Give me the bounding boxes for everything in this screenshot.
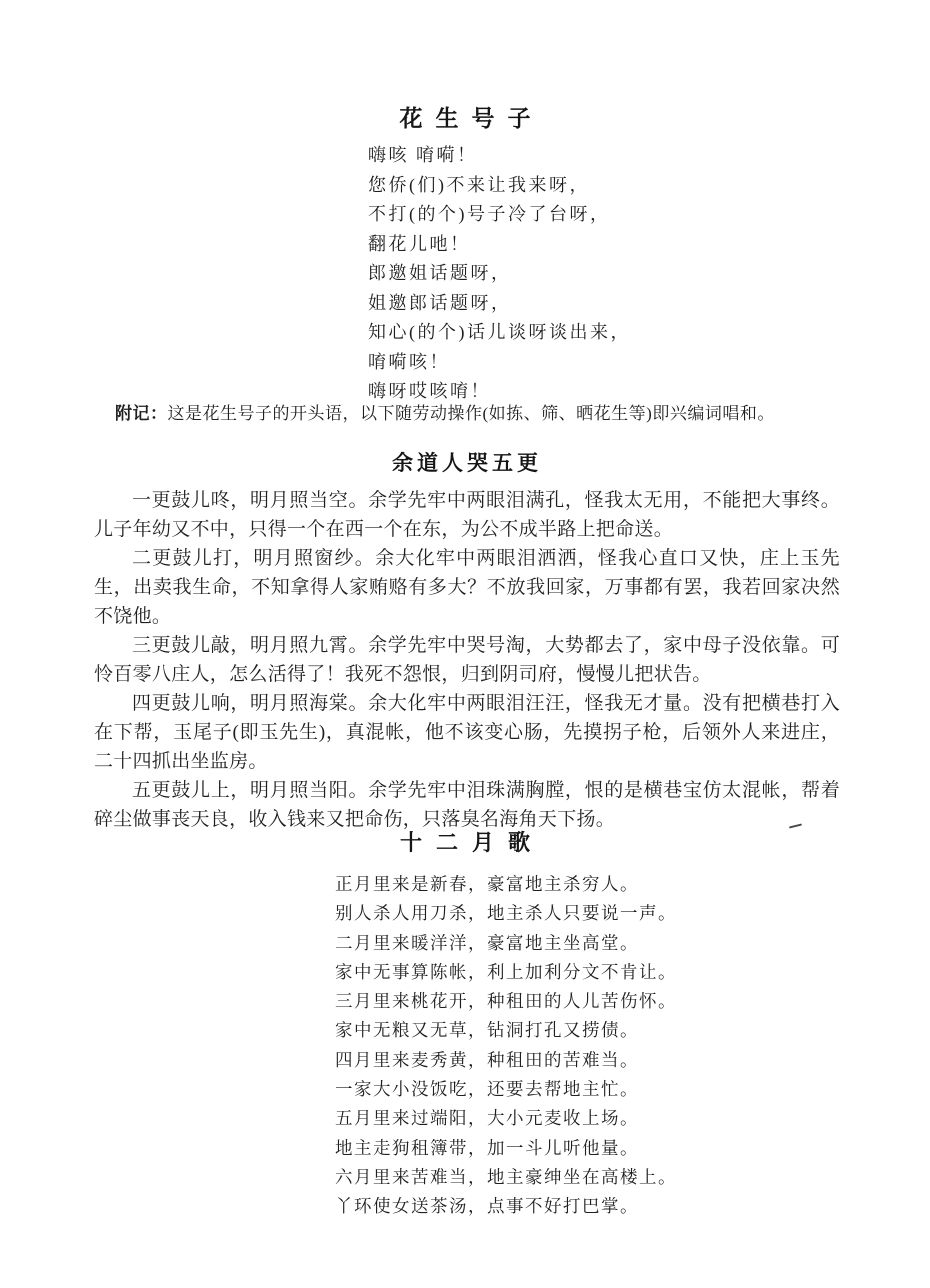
poem-twelve-months: 正月里来是新春，豪富地主杀穷人。 别人杀人用刀杀，地主杀人只要说一声。 二月里来… xyxy=(335,870,677,1222)
prose-paragraph-first-watch: 一更鼓儿咚，明月照当空。余学先牢中两眼泪满孔，怪我太无用，不能把大事终。儿子年幼… xyxy=(94,486,840,544)
poem-line: 翻花儿吔！ xyxy=(368,230,631,260)
poem-line: 地主走狗租簿带，加一斗儿听他量。 xyxy=(335,1134,677,1163)
poem-peanut-worksong: 嗨咳 唷嗬！ 您侨(们)不来让我来呀， 不打(的个)号子冷了台呀， 翻花儿吔！ … xyxy=(368,141,631,407)
poem-line: 您侨(们)不来让我来呀， xyxy=(368,171,631,201)
poem-line: 家中无事算陈帐，利上加利分文不肯让。 xyxy=(335,958,677,987)
scanned-book-page: 花生号子 嗨咳 唷嗬！ 您侨(们)不来让我来呀， 不打(的个)号子冷了台呀， 翻… xyxy=(0,0,930,1288)
note-text: 这是花生号子的开头语，以下随劳动操作(如拣、筛、晒花生等)即兴编词唱和。 xyxy=(168,404,775,423)
section-title-peanut-worksong: 花生号子 xyxy=(0,100,930,133)
poem-line: 知心(的个)话儿谈呀谈出来， xyxy=(368,318,631,348)
poem-line: 姐邀郎话题呀， xyxy=(368,289,631,319)
prose-paragraph-third-watch: 三更鼓儿敲，明月照九霄。余学先牢中哭号淘，大势都去了，家中母子没依靠。可怜百零八… xyxy=(94,631,840,689)
poem-line: 六月里来苦难当，地主豪绅坐在高楼上。 xyxy=(335,1163,677,1192)
poem-line: 嗨咳 唷嗬！ xyxy=(368,141,631,171)
section-title-yudaoren-cries-five-watches: 余道人哭五更 xyxy=(0,447,930,477)
poem-line: 唷嗬咳！ xyxy=(368,348,631,378)
section-title-twelve-months-song: 十二月歌 xyxy=(0,826,930,857)
prose-paragraph-second-watch: 二更鼓儿打，明月照窗纱。余大化牢中两眼泪洒洒，怪我心直口又快，庄上玉先生，出卖我… xyxy=(94,544,840,631)
poem-line: 四月里来麦秀黄，种租田的苦难当。 xyxy=(335,1046,677,1075)
poem-line: 丫环使女送茶汤，点事不好打巴掌。 xyxy=(335,1192,677,1221)
poem-line: 三月里来桃花开，种租田的人儿苦伤怀。 xyxy=(335,987,677,1016)
poem-line: 五月里来过端阳，大小元麦收上场。 xyxy=(335,1104,677,1133)
poem-line: 二月里来暖洋洋，豪富地主坐高堂。 xyxy=(335,929,677,958)
prose-paragraph-fourth-watch: 四更鼓儿响，明月照海棠。余大化牢中两眼泪汪汪，怪我无才量。没有把横巷打入在下帮，… xyxy=(94,689,840,776)
note-label: 附记： xyxy=(115,404,168,423)
poem-line: 家中无粮又无草，钻洞打孔又捞债。 xyxy=(335,1016,677,1045)
appended-note: 附记：这是花生号子的开头语，以下随劳动操作(如拣、筛、晒花生等)即兴编词唱和。 xyxy=(115,402,843,425)
poem-line: 一家大小没饭吃，还要去帮地主忙。 xyxy=(335,1075,677,1104)
poem-line: 郎邀姐话题呀， xyxy=(368,259,631,289)
poem-line: 别人杀人用刀杀，地主杀人只要说一声。 xyxy=(335,899,677,928)
poem-line: 正月里来是新春，豪富地主杀穷人。 xyxy=(335,870,677,899)
prose-five-watches: 一更鼓儿咚，明月照当空。余学先牢中两眼泪满孔，怪我太无用，不能把大事终。儿子年幼… xyxy=(94,486,840,834)
poem-line: 不打(的个)号子冷了台呀， xyxy=(368,200,631,230)
